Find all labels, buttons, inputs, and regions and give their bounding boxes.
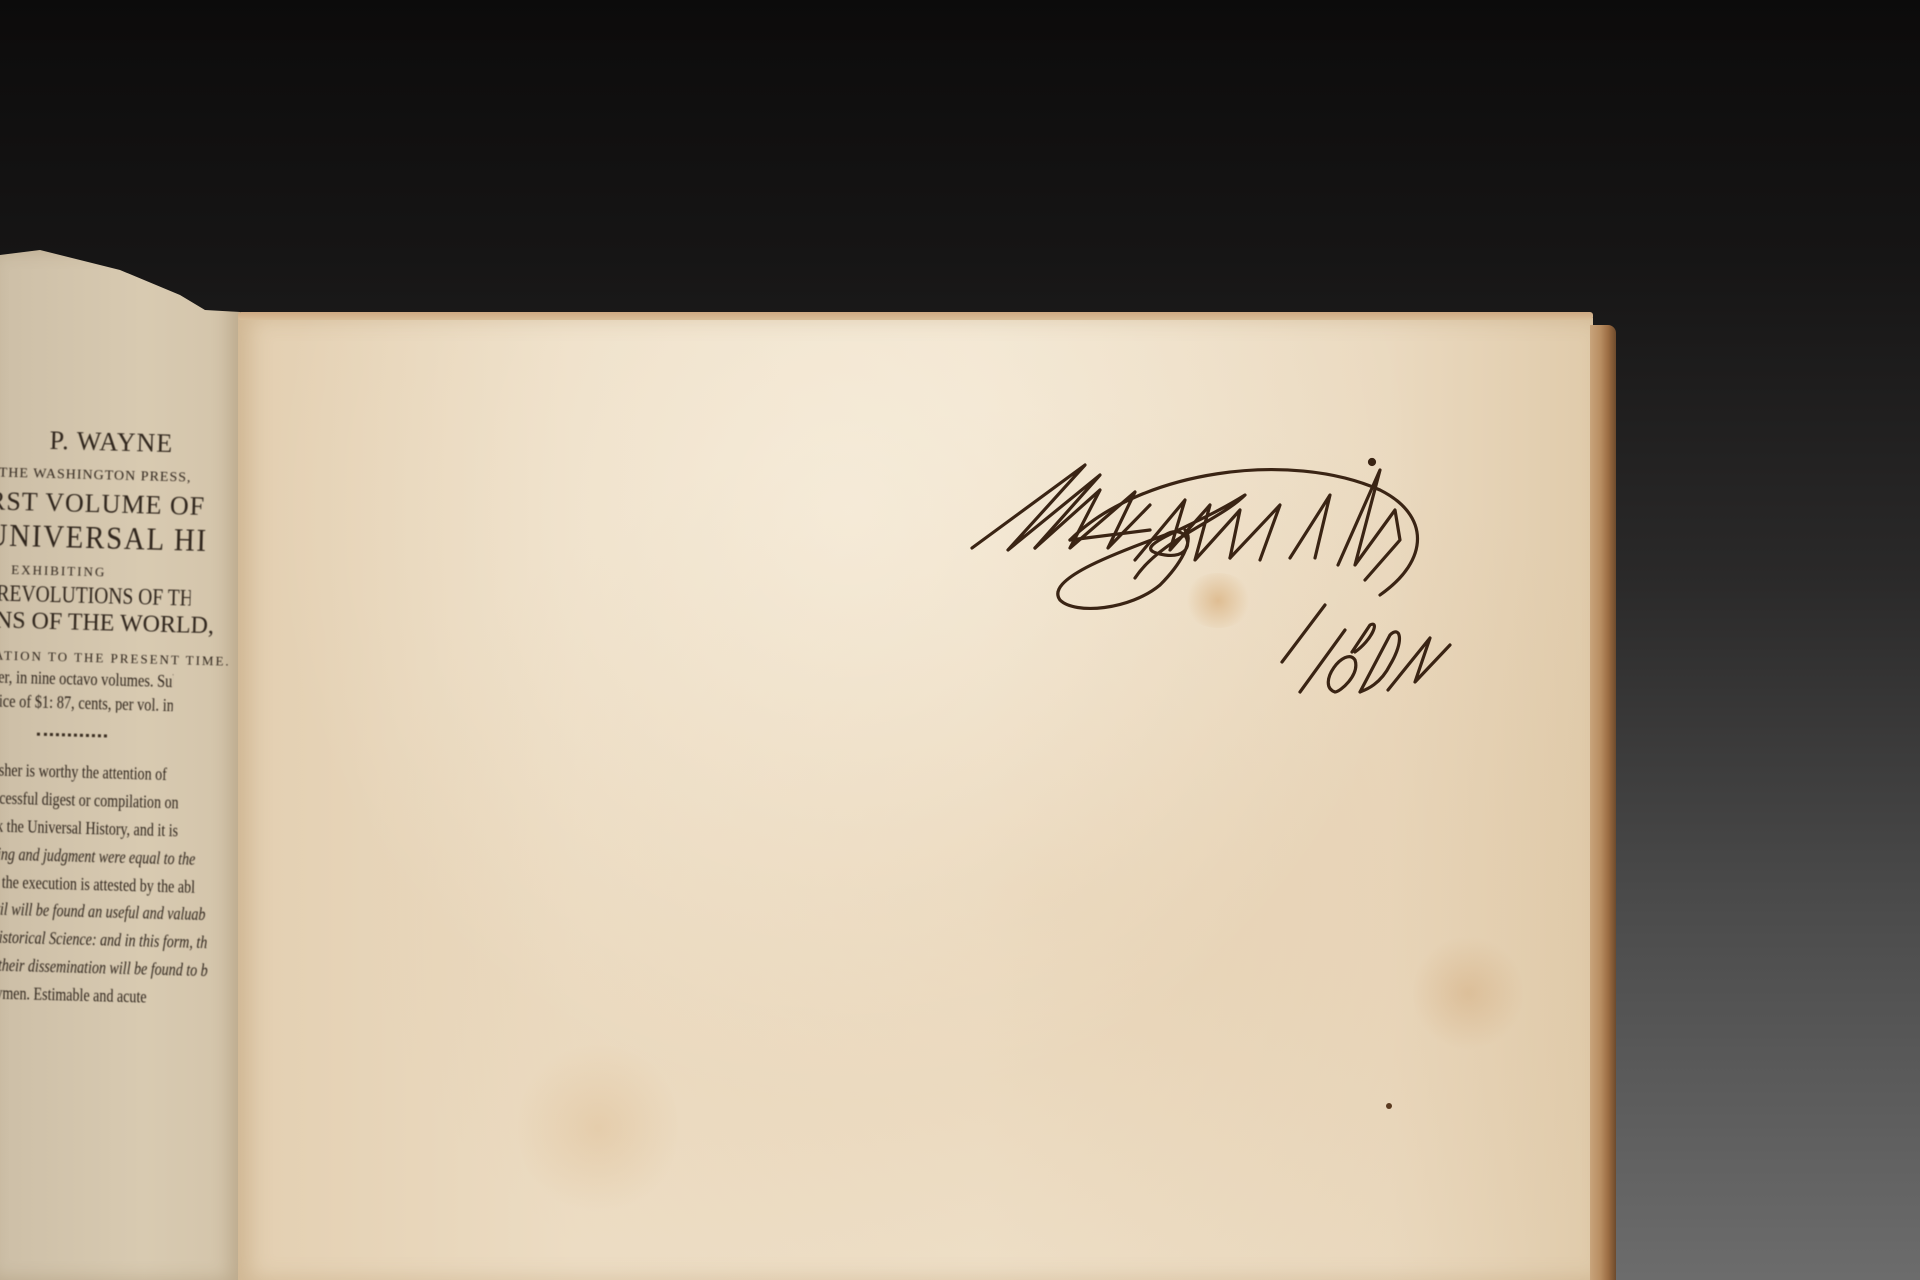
advertisement-paragraph: by the Publisher is worthy the attention… — [0, 755, 165, 1012]
paragraph-line: believe, that their dissemination will b… — [0, 950, 160, 984]
publisher-line: P. WAYNE — [0, 426, 240, 459]
present-time-line: ATION TO THE PRESENT TIME. — [0, 647, 234, 668]
book-photograph: P. WAYNE THE WASHINGTON PRESS, RST VOLUM… — [0, 0, 1920, 1280]
paragraph-line: to his countrymen. Estimable and acute — [0, 978, 159, 1012]
paragraph-line: whose learning and judgment were equal t… — [0, 839, 163, 873]
paragraph-line: dy and the Historical Science: and in th… — [0, 922, 161, 956]
paragraph-line: It is a successful digest or compilation… — [0, 783, 165, 817]
paragraph-line: by the Publisher is worthy the attention… — [0, 755, 165, 789]
paragraph-line: general work the Universal History, and … — [0, 811, 164, 845]
title-line: UNIVERSAL HISTORY, — [0, 517, 207, 556]
page-block-edge — [1590, 325, 1616, 1280]
dotted-divider — [37, 733, 107, 738]
handwritten-signature: Wm Smith 1804 — [960, 430, 1460, 730]
press-line: THE WASHINGTON PRESS, — [0, 465, 239, 487]
printed-advertisement-text: P. WAYNE THE WASHINGTON PRESS, RST VOLUM… — [0, 425, 240, 1014]
paper-line: paper, in nine octavo volumes. Subscribe… — [0, 666, 174, 690]
world-line: NS OF THE WORLD, — [0, 607, 235, 639]
foxing-stain — [1413, 933, 1523, 1053]
left-page-advertisement: P. WAYNE THE WASHINGTON PRESS, RST VOLUM… — [0, 250, 240, 1280]
ink-speck — [1386, 1103, 1392, 1109]
volume-line: RST VOLUME OF — [0, 487, 238, 521]
paragraph-line: of M. Anquetil will be found an useful a… — [0, 894, 162, 928]
revolutions-line: DREVOLUTIONS OF THE DIFFERENT — [0, 580, 191, 610]
paragraph-line: se fidelity in the execution is attested… — [0, 866, 162, 900]
foxing-stain — [518, 1038, 678, 1218]
price-line: e price of $1: 87, cents, per vol. in bo… — [0, 690, 173, 714]
signature-ink-icon — [960, 430, 1460, 730]
exhibiting-line: EXHIBITING — [0, 561, 236, 582]
